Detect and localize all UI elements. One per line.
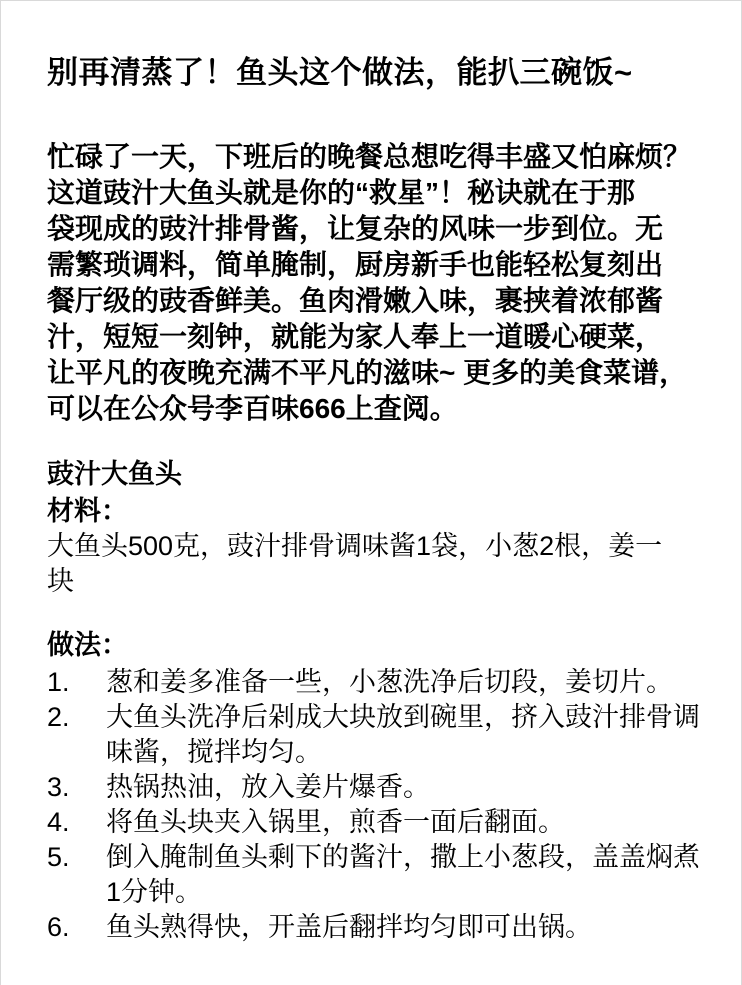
step-number: 6. xyxy=(47,910,106,945)
step-item-5: 5. 倒入腌制鱼头剩下的酱汁，撒上小葱段，盖盖焖煮 1分钟。 xyxy=(47,840,701,910)
step-number: 1. xyxy=(47,665,106,700)
step-text: 倒入腌制鱼头剩下的酱汁，撒上小葱段，盖盖焖煮 1分钟。 xyxy=(106,840,701,910)
step-number: 4. xyxy=(47,805,106,840)
step-text: 鱼头熟得快，开盖后翻拌均匀即可出锅。 xyxy=(106,910,701,945)
intro-paragraph: 忙碌了一天，下班后的晚餐总想吃得丰盛又怕麻烦？ 这道豉汁大鱼头就是你的“救星”！… xyxy=(47,139,701,427)
step-item-6: 6. 鱼头熟得快，开盖后翻拌均匀即可出锅。 xyxy=(47,910,701,945)
step-number: 3. xyxy=(47,770,106,805)
recipe-name: 豉汁大鱼头 xyxy=(47,455,701,493)
step-text: 将鱼头块夹入锅里，煎香一面后翻面。 xyxy=(106,805,701,840)
step-number: 5. xyxy=(47,840,106,875)
step-item-3: 3. 热锅热油，放入姜片爆香。 xyxy=(47,770,701,805)
steps-list: 1. 葱和姜多准备一些，小葱洗净后切段，姜切片。 2. 大鱼头洗净后剁成大块放到… xyxy=(47,665,701,945)
article-title: 别再清蒸了！鱼头这个做法，能扒三碗饭~ xyxy=(47,53,701,93)
step-item-1: 1. 葱和姜多准备一些，小葱洗净后切段，姜切片。 xyxy=(47,665,701,700)
step-text: 热锅热油，放入姜片爆香。 xyxy=(106,770,701,805)
ingredients-text: 大鱼头500克，豉汁排骨调味酱1袋，小葱2根，姜一 块 xyxy=(47,529,701,599)
step-item-4: 4. 将鱼头块夹入锅里，煎香一面后翻面。 xyxy=(47,805,701,840)
steps-label: 做法： xyxy=(47,627,701,663)
step-number: 2. xyxy=(47,700,106,735)
step-item-2: 2. 大鱼头洗净后剁成大块放到碗里，挤入豉汁排骨调 味酱，搅拌均匀。 xyxy=(47,700,701,770)
document-page: 别再清蒸了！鱼头这个做法，能扒三碗饭~ 忙碌了一天，下班后的晚餐总想吃得丰盛又怕… xyxy=(0,0,742,985)
step-text: 葱和姜多准备一些，小葱洗净后切段，姜切片。 xyxy=(106,665,701,700)
step-text: 大鱼头洗净后剁成大块放到碗里，挤入豉汁排骨调 味酱，搅拌均匀。 xyxy=(106,700,701,770)
ingredients-label: 材料： xyxy=(47,493,701,529)
